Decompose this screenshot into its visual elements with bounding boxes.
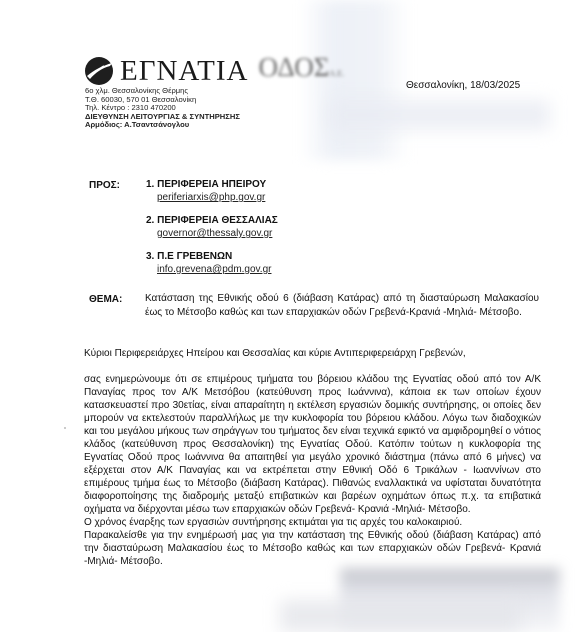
body-paragraph: Παρακαλείσθε για την ενημέρωσή μας για τ… bbox=[84, 529, 541, 568]
scan-speck bbox=[64, 427, 66, 429]
logo-suffix-small: Α.Ε. bbox=[329, 69, 344, 78]
greeting: Κύριοι Περιφερειάρχες Ηπείρου και Θεσσαλ… bbox=[84, 348, 466, 359]
recipients-label: ΠΡΟΣ: bbox=[89, 180, 120, 191]
logo-suffix: ΟΔΟΣΑ.Ε. bbox=[259, 52, 345, 89]
company-logo: ΕΓΝΑΤΙΑ ΟΔΟΣΑ.Ε. bbox=[84, 52, 344, 89]
subject-label: ΘΕΜΑ: bbox=[89, 294, 122, 305]
recipients-list: 1. ΠΕΡΙΦΕΡΕΙΑ ΗΠΕΙΡΟΥ periferiarxis@php.… bbox=[146, 178, 278, 286]
logo-name: ΕΓΝΑΤΙΑ bbox=[120, 56, 249, 86]
recipient-item: 2. ΠΕΡΙΦΕΡΕΙΑ ΘΕΣΣΑΛΙΑΣ governor@thessal… bbox=[146, 214, 278, 240]
recipient-item: 3. Π.Ε ΓΡΕΒΕΝΩΝ info.grevena@pdm.gov.gr bbox=[146, 250, 278, 276]
logo-suffix-text: ΟΔΟΣ bbox=[259, 52, 330, 82]
redacted-area-header bbox=[330, 100, 550, 130]
recipient-name: 3. Π.Ε ΓΡΕΒΕΝΩΝ bbox=[146, 250, 278, 263]
body-paragraph: σας ενημερώνουμε ότι σε επιμέρους τμήματ… bbox=[84, 373, 541, 516]
letter-date: Θεσσαλονίκη, 18/03/2025 bbox=[406, 80, 520, 91]
recipient-name: 1. ΠΕΡΙΦΕΡΕΙΑ ΗΠΕΙΡΟΥ bbox=[146, 178, 278, 191]
recipient-item: 1. ΠΕΡΙΦΕΡΕΙΑ ΗΠΕΙΡΟΥ periferiarxis@php.… bbox=[146, 178, 278, 204]
recipient-name: 2. ΠΕΡΙΦΕΡΕΙΑ ΘΕΣΣΑΛΙΑΣ bbox=[146, 214, 278, 227]
recipient-email-link[interactable]: periferiarxis@php.gov.gr bbox=[157, 191, 278, 204]
redacted-area-signature bbox=[280, 600, 520, 632]
subject-text: Κατάσταση της Εθνικής οδού 6 (διάβαση Κα… bbox=[145, 292, 539, 319]
letter-page: ΕΓΝΑΤΙΑ ΟΔΟΣΑ.Ε. 6ο χλμ. Θεσσαλονίκης Θέ… bbox=[0, 0, 587, 632]
responsible-person: Αρμόδιος: Α.Τσαντσάνογλου bbox=[85, 121, 240, 130]
letter-body: σας ενημερώνουμε ότι σε επιμέρους τμήματ… bbox=[84, 373, 541, 568]
logo-mark-icon bbox=[84, 56, 114, 86]
recipient-email-link[interactable]: info.grevena@pdm.gov.gr bbox=[157, 263, 278, 276]
sender-address: 6ο χλμ. Θεσσαλονίκης Θέρμης Τ.Θ. 60030, … bbox=[85, 87, 240, 130]
body-paragraph: Ο χρόνος έναρξης των εργασιών συντήρησης… bbox=[84, 516, 541, 529]
recipient-email-link[interactable]: governor@thessaly.gov.gr bbox=[157, 227, 278, 240]
